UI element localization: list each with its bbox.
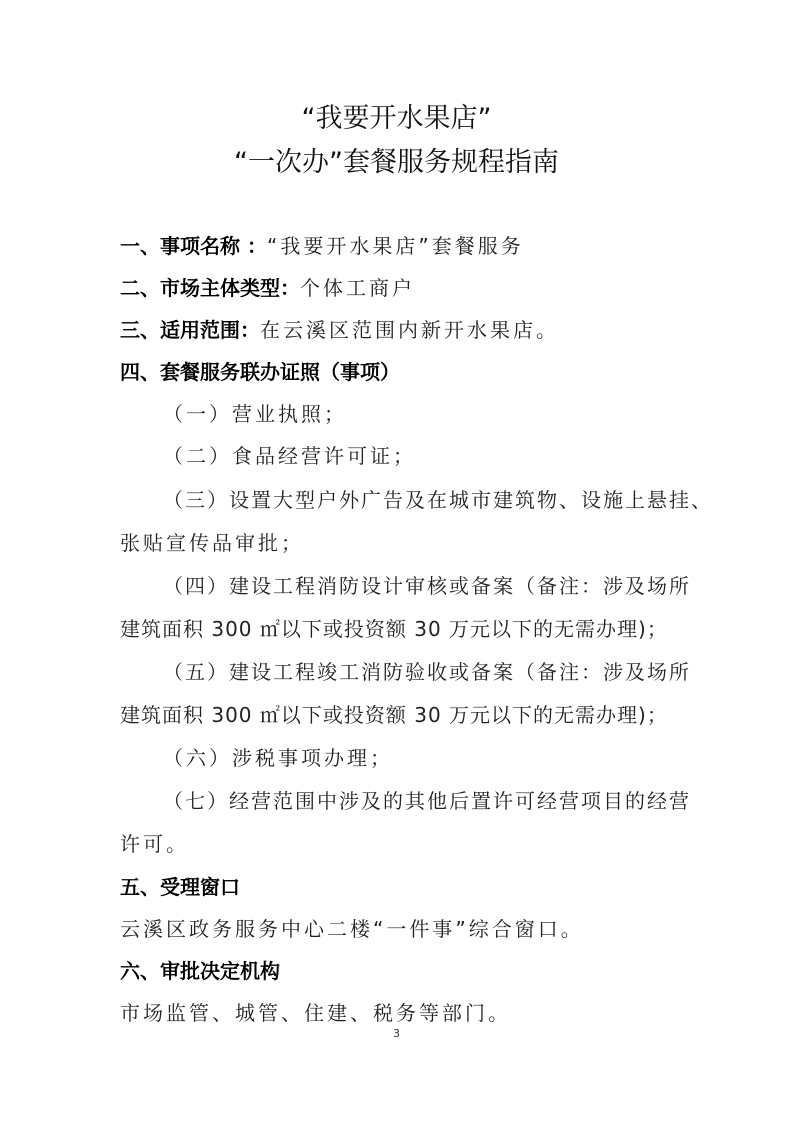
section-2: 二、市场主体类型：个体工商户 — [120, 272, 415, 301]
section-6-heading: 六、审批决定机构 — [120, 959, 280, 983]
section-1-body: “我要开水果店”套餐服务 — [267, 234, 524, 258]
list-item-7-cont: 许可。 — [120, 828, 189, 857]
document-title-line2: “一次办”套餐服务规程指南 — [0, 140, 793, 179]
section-1: 一、事项名称 ：“我要开水果店”套餐服务 — [120, 230, 524, 259]
page-number: 3 — [0, 1027, 793, 1040]
section-1-separator: ： — [240, 234, 267, 258]
section-5-heading: 五、受理窗口 — [120, 875, 240, 899]
section-3-body: 在云溪区范围内新开水果店。 — [260, 318, 559, 342]
list-item-5-cont: 建筑面积 300 ㎡以下或投资额 30 万元以下的无需办理)； — [120, 699, 668, 728]
list-item-5: （五）建设工程竣工消防验收或备案（备注：涉及场所 — [163, 656, 691, 685]
list-item-4: （四）建设工程消防设计审核或备案（备注：涉及场所 — [163, 570, 691, 599]
list-item-6: （六）涉税事项办理； — [163, 742, 393, 771]
section-5: 五、受理窗口 — [120, 871, 240, 900]
list-item-3: （三）设置大型户外广告及在城市建筑物、设施上悬挂、 — [163, 484, 713, 513]
section-5-body: 云溪区政务服务中心二楼“一件事”综合窗口。 — [120, 913, 584, 942]
section-4-heading: 四、套餐服务联办证照（事项） — [120, 360, 400, 384]
list-item-7: （七）经营范围中涉及的其他后置许可经营项目的经营 — [163, 785, 691, 814]
section-2-heading: 二、市场主体类型： — [120, 276, 300, 300]
section-3: 三、适用范围：在云溪区范围内新开水果店。 — [120, 314, 559, 343]
section-1-heading: 一、事项名称 — [120, 234, 240, 258]
list-item-3-cont: 张贴宣传品审批； — [120, 527, 304, 556]
section-2-body: 个体工商户 — [300, 276, 415, 300]
list-item-2: （二）食品经营许可证； — [163, 440, 416, 469]
document-title-line1: “我要开水果店” — [0, 96, 793, 135]
section-6-body: 市场监管、城管、住建、税务等部门。 — [120, 997, 511, 1026]
section-6: 六、审批决定机构 — [120, 955, 280, 984]
list-item-4-cont: 建筑面积 300 ㎡以下或投资额 30 万元以下的无需办理)； — [120, 613, 668, 642]
list-item-1: （一）营业执照； — [163, 398, 347, 427]
section-4: 四、套餐服务联办证照（事项） — [120, 356, 400, 385]
section-3-heading: 三、适用范围： — [120, 318, 260, 342]
